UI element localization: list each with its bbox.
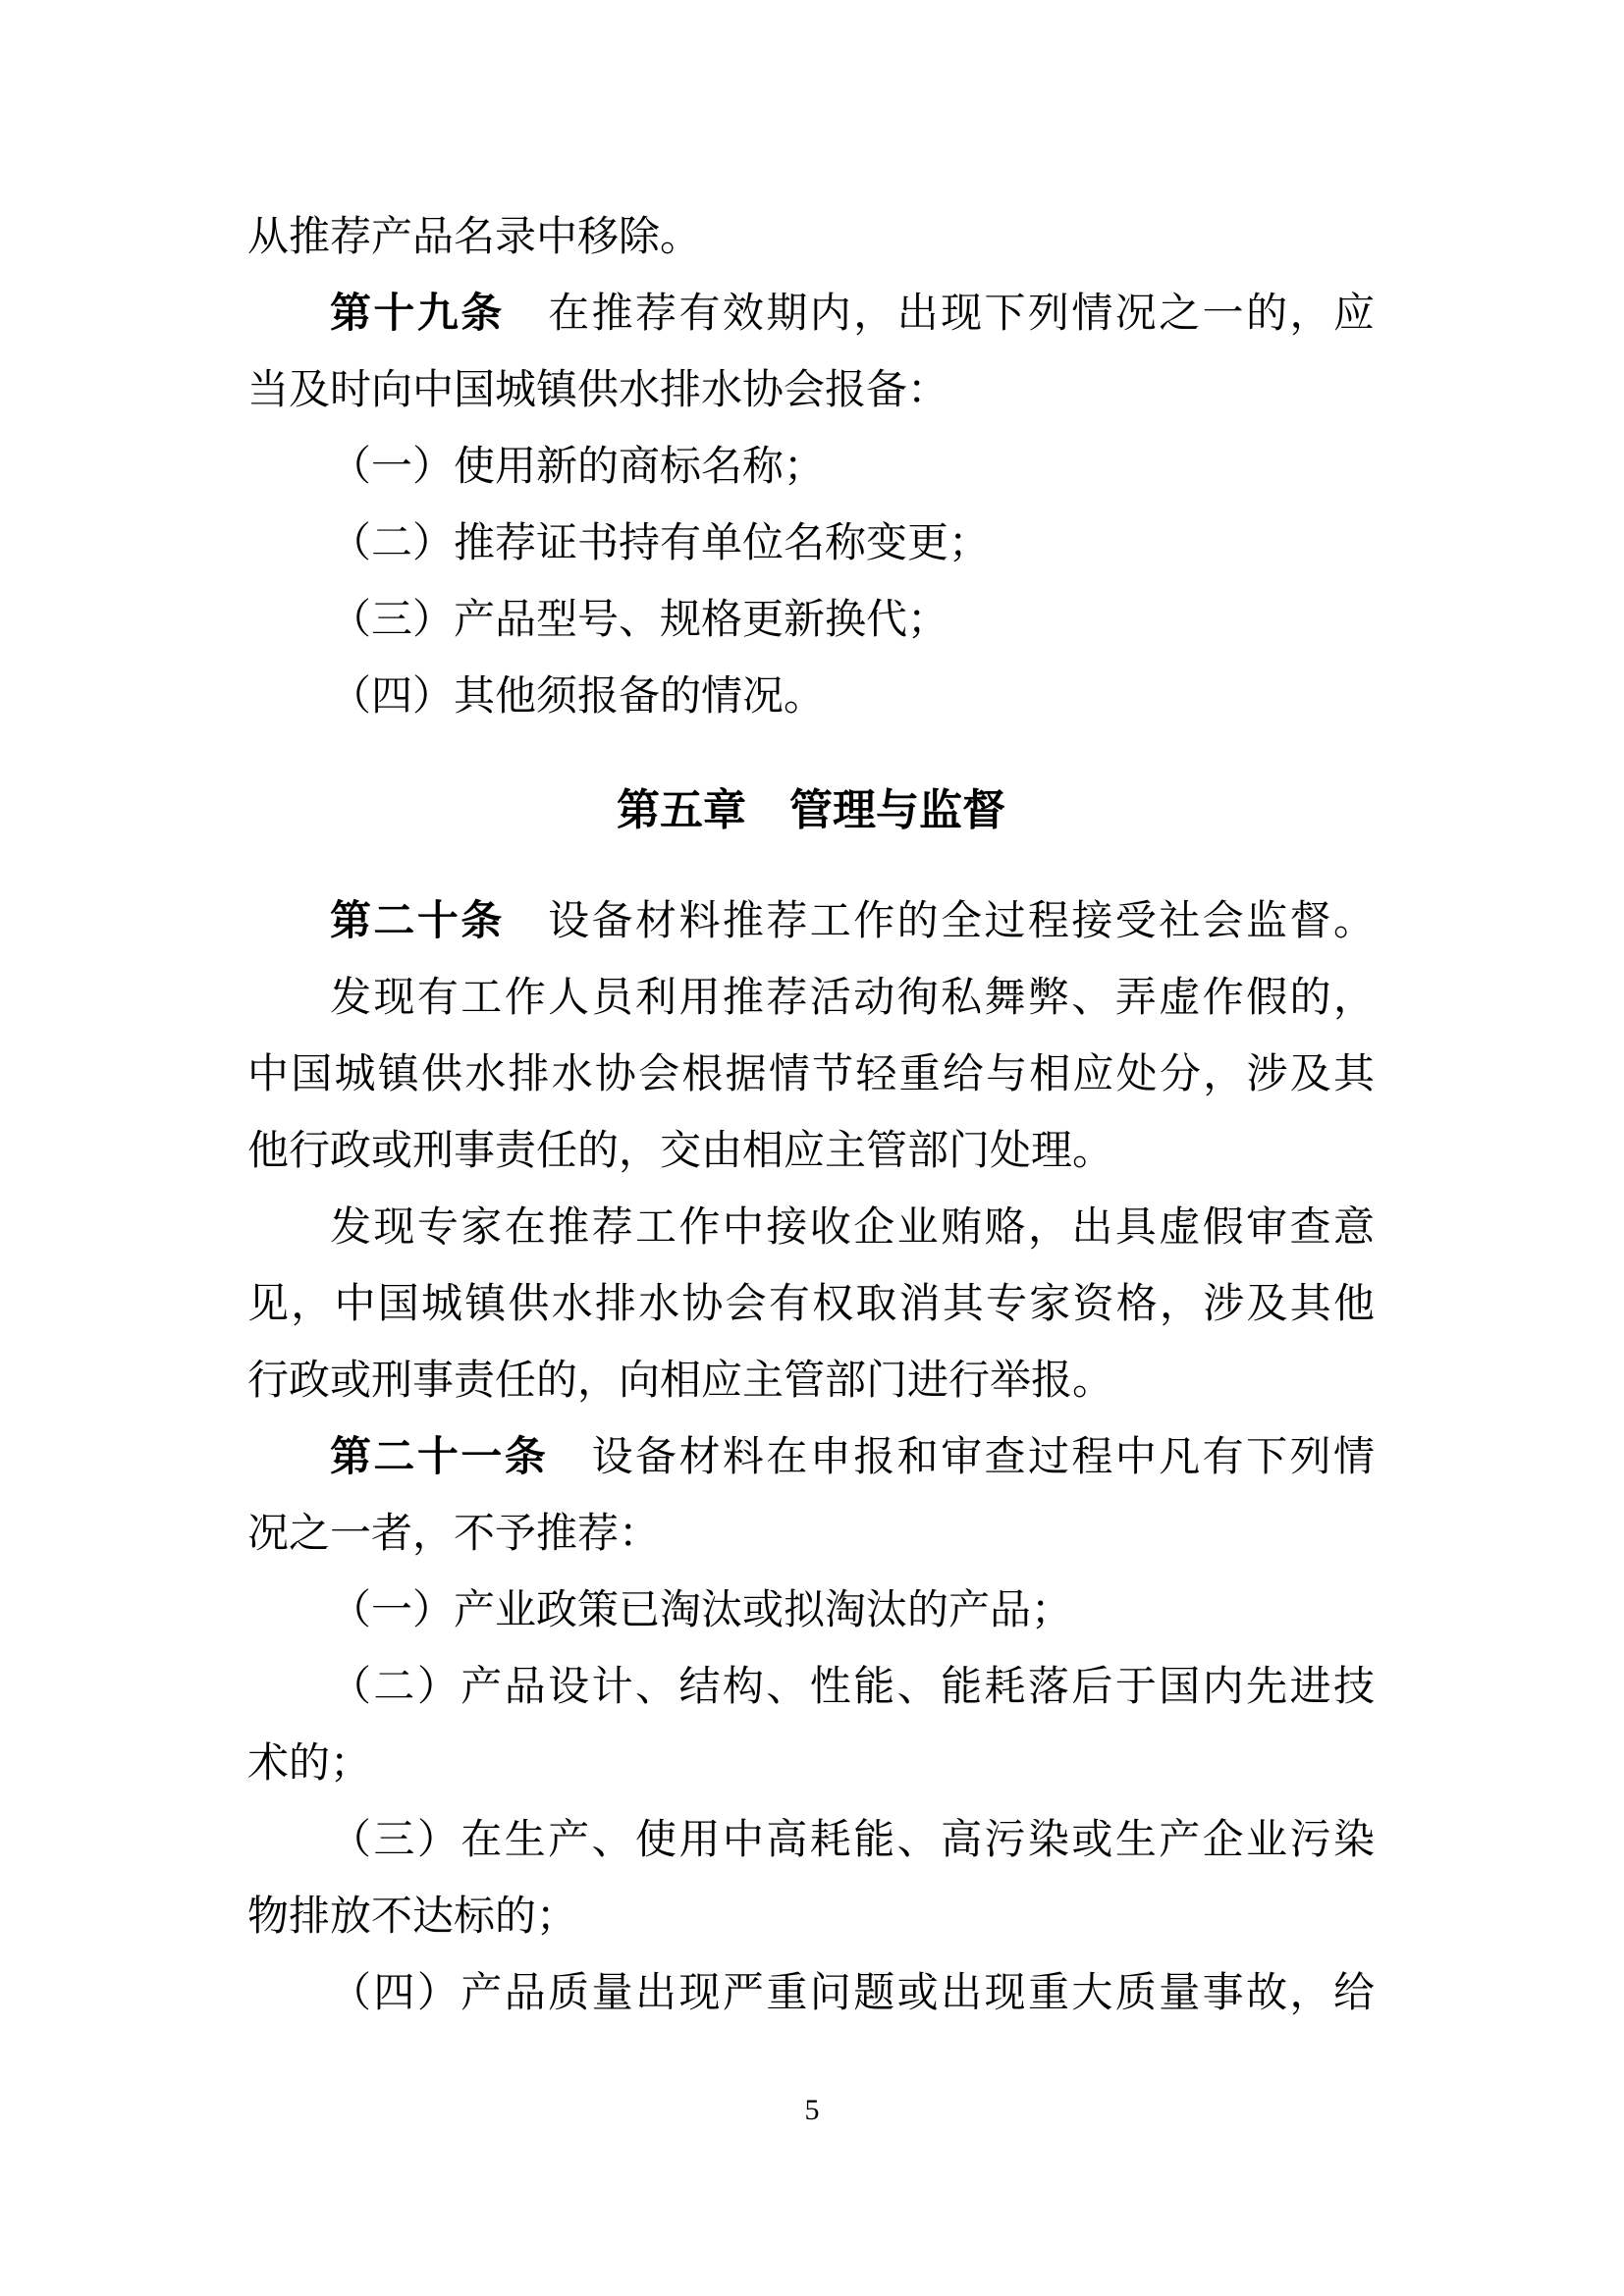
text-line: 中国城镇供水排水协会根据情节轻重给与相应处分，涉及其	[247, 1037, 1375, 1113]
text-segment: 从推荐产品名录中移除。	[247, 215, 701, 260]
text-segment: 见，中国城镇供水排水协会有权取消其专家资格，涉及其他	[247, 1282, 1375, 1327]
text-segment: 发现专家在推荐工作中接收企业贿赂，出具虚假审查意	[330, 1205, 1375, 1251]
text-line: （一）使用新的商标名称；	[247, 429, 1375, 506]
text-line: 术的；	[247, 1726, 1375, 1802]
text-segment: （三）产品型号、规格更新换代；	[330, 598, 948, 643]
text-line: 第二十一条 设备材料在申报和审查过程中凡有下列情	[247, 1419, 1375, 1496]
text-segment: （四）产品质量出现严重问题或出现重大质量事故，给	[330, 1971, 1375, 2016]
text-line: 见，中国城镇供水排水协会有权取消其专家资格，涉及其他	[247, 1266, 1375, 1343]
text-segment: 术的；	[247, 1741, 371, 1787]
text-segment: 在推荐有效期内，出现下列情况之一的，应	[505, 292, 1375, 337]
text-line: 物排放不达标的；	[247, 1879, 1375, 1955]
text-segment: （二）推荐证书持有单位名称变更；	[330, 521, 990, 566]
text-line: （四）其他须报备的情况。	[247, 659, 1375, 735]
text-segment: 设备材料推荐工作的全过程接受社会监督。	[505, 899, 1375, 944]
text-line: 况之一者，不予推荐：	[247, 1496, 1375, 1573]
text-line: 第十九条 在推荐有效期内，出现下列情况之一的，应	[247, 276, 1375, 352]
page-number: 5	[0, 2091, 1624, 2130]
article-number-text: 第十九条	[330, 292, 505, 337]
text-segment: （四）其他须报备的情况。	[330, 674, 825, 720]
text-line: 从推荐产品名录中移除。	[247, 199, 1375, 276]
text-segment: 设备材料在申报和审查过程中凡有下列情	[548, 1435, 1375, 1480]
text-segment: （一）使用新的商标名称；	[330, 445, 825, 490]
chapter-heading: 第五章 管理与监督	[247, 773, 1375, 849]
text-line: 发现专家在推荐工作中接收企业贿赂，出具虚假审查意	[247, 1190, 1375, 1266]
text-segment: （二）产品设计、结构、性能、能耗落后于国内先进技	[330, 1665, 1375, 1710]
article-number-text: 第二十一条	[330, 1435, 548, 1480]
text-segment: 当及时向中国城镇供水排水协会报备：	[247, 368, 948, 413]
text-segment: 发现有工作人员利用推荐活动徇私舞弊、弄虚作假的，	[330, 976, 1375, 1021]
text-segment: 他行政或刑事责任的，交由相应主管部门处理。	[247, 1129, 1113, 1174]
text-block-top: 从推荐产品名录中移除。第十九条 在推荐有效期内，出现下列情况之一的，应当及时向中…	[247, 199, 1375, 735]
text-line: 他行政或刑事责任的，交由相应主管部门处理。	[247, 1113, 1375, 1190]
text-line: （四）产品质量出现严重问题或出现重大质量事故，给	[247, 1955, 1375, 2032]
text-segment: （三）在生产、使用中高耗能、高污染或生产企业污染	[330, 1818, 1375, 1863]
document-page: 从推荐产品名录中移除。第十九条 在推荐有效期内，出现下列情况之一的，应当及时向中…	[0, 0, 1624, 2296]
article-number-text: 第二十条	[330, 899, 505, 944]
text-block-bottom: 第二十条 设备材料推荐工作的全过程接受社会监督。发现有工作人员利用推荐活动徇私舞…	[247, 883, 1375, 2032]
text-line: 发现有工作人员利用推荐活动徇私舞弊、弄虚作假的，	[247, 960, 1375, 1037]
text-line: 当及时向中国城镇供水排水协会报备：	[247, 352, 1375, 429]
text-segment: 中国城镇供水排水协会根据情节轻重给与相应处分，涉及其	[247, 1052, 1375, 1097]
text-line: （一）产业政策已淘汰或拟淘汰的产品；	[247, 1573, 1375, 1649]
text-segment: 物排放不达标的；	[247, 1895, 577, 1940]
text-line: （二）推荐证书持有单位名称变更；	[247, 506, 1375, 582]
text-line: （二）产品设计、结构、性能、能耗落后于国内先进技	[247, 1649, 1375, 1726]
text-segment: 况之一者，不予推荐：	[247, 1512, 660, 1557]
text-line: 第二十条 设备材料推荐工作的全过程接受社会监督。	[247, 883, 1375, 960]
text-segment: （一）产业政策已淘汰或拟淘汰的产品；	[330, 1588, 1072, 1633]
text-line: （三）产品型号、规格更新换代；	[247, 582, 1375, 659]
text-segment: 行政或刑事责任的，向相应主管部门进行举报。	[247, 1359, 1113, 1404]
text-line: 行政或刑事责任的，向相应主管部门进行举报。	[247, 1343, 1375, 1419]
text-line: （三）在生产、使用中高耗能、高污染或生产企业污染	[247, 1802, 1375, 1879]
